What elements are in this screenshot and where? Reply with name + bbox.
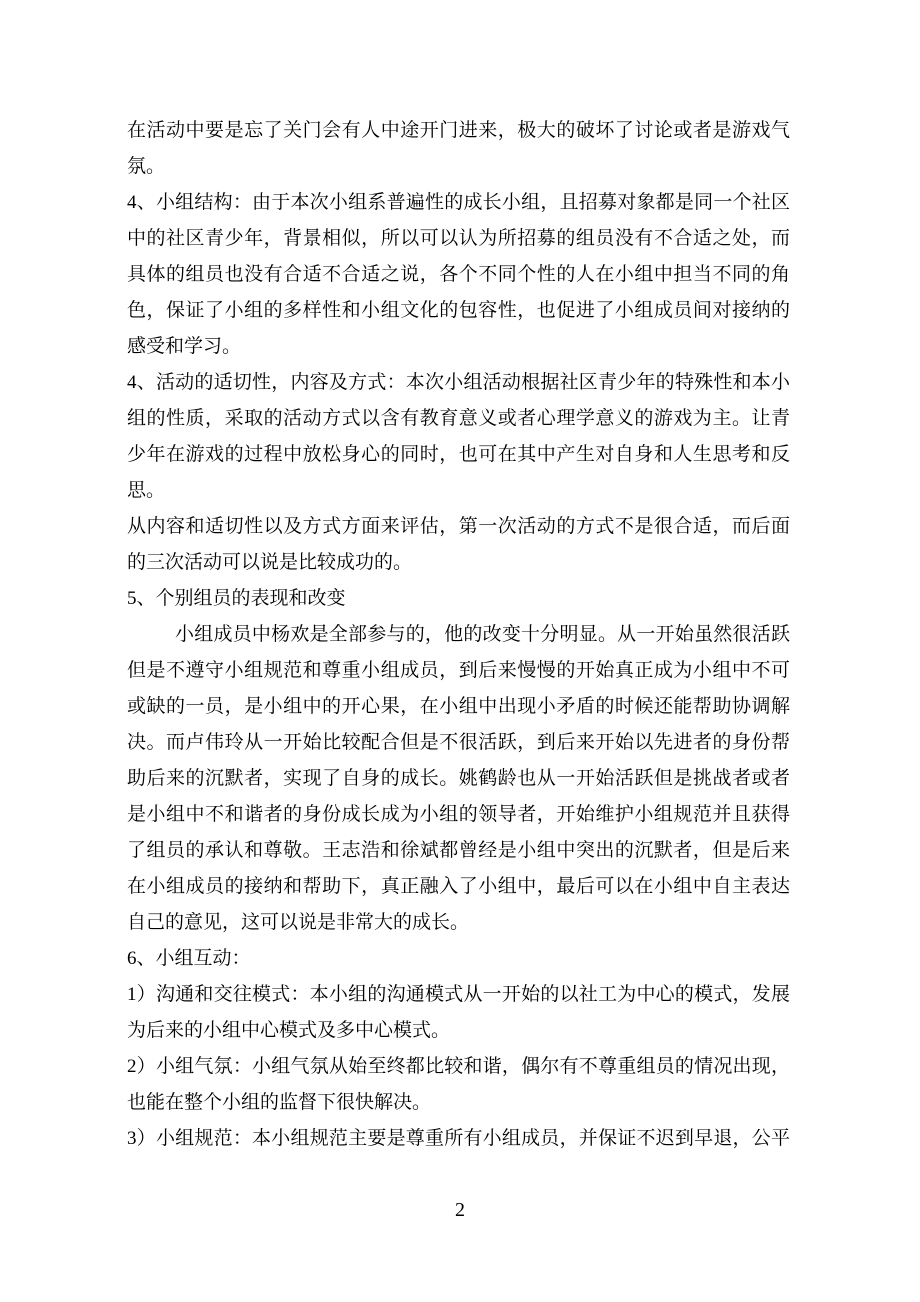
document-line: 小组成员中杨欢是全部参与的，他的改变十分明显。从一开始虽然很活跃 [127,617,790,653]
document-line: 1）沟通和交往模式：本小组的沟通模式从一开始的以社工为中心的模式，发展 [127,977,790,1013]
document-line: 或缺的一员，是小组中的开心果，在小组中出现小矛盾的时候还能帮助协调解 [127,689,790,725]
document-line: 色，保证了小组的多样性和小组文化的包容性，也促进了小组成员间对接纳的 [127,293,790,329]
document-line: 在活动中要是忘了关门会有人中途开门进来，极大的破坏了讨论或者是游戏气 [127,113,790,149]
document-line: 从内容和适切性以及方式方面来评估，第一次活动的方式不是很合适，而后面 [127,509,790,545]
text-block: 在活动中要是忘了关门会有人中途开门进来，极大的破坏了讨论或者是游戏气 氛。 4、… [127,113,790,1157]
document-line: 在小组成员的接纳和帮助下，真正融入了小组中，最后可以在小组中自主表达 [127,869,790,905]
document-line: 决。而卢伟玲从一开始比较配合但是不很活跃，到后来开始以先进者的身份帮 [127,725,790,761]
document-line: 但是不遵守小组规范和尊重小组成员，到后来慢慢的开始真正成为小组中不可 [127,653,790,689]
document-line: 是小组中不和谐者的身份成长成为小组的领导者，开始维护小组规范并且获得 [127,797,790,833]
document-line: 4、活动的适切性，内容及方式：本次小组活动根据社区青少年的特殊性和本小 [127,365,790,401]
document-line: 的三次活动可以说是比较成功的。 [127,545,790,581]
document-line: 4、小组结构：由于本次小组系普遍性的成长小组，且招募对象都是同一个社区 [127,185,790,221]
document-line: 思。 [127,473,790,509]
document-line: 少年在游戏的过程中放松身心的同时，也可在其中产生对自身和人生思考和反 [127,437,790,473]
document-line: 3）小组规范：本小组规范主要是尊重所有小组成员，并保证不迟到早退，公平 [127,1121,790,1157]
document-line: 中的社区青少年，背景相似，所以可以认为所招募的组员没有不合适之处，而 [127,221,790,257]
document-line: 也能在整个小组的监督下很快解决。 [127,1085,790,1121]
document-line: 具体的组员也没有合适不合适之说，各个不同个性的人在小组中担当不同的角 [127,257,790,293]
document-line: 组的性质，采取的活动方式以含有教育意义或者心理学意义的游戏为主。让青 [127,401,790,437]
document-line: 感受和学习。 [127,329,790,365]
document-line: 2）小组气氛：小组气氛从始至终都比较和谐，偶尔有不尊重组员的情况出现， [127,1049,790,1085]
document-line: 自己的意见，这可以说是非常大的成长。 [127,905,790,941]
page-number: 2 [0,1196,920,1224]
document-line: 5、个别组员的表现和改变 [127,581,790,617]
document-line: 了组员的承认和尊敬。王志浩和徐斌都曾经是小组中突出的沉默者，但是后来 [127,833,790,869]
document-line: 助后来的沉默者，实现了自身的成长。姚鹤龄也从一开始活跃但是挑战者或者 [127,761,790,797]
document-line: 氛。 [127,149,790,185]
document-line: 为后来的小组中心模式及多中心模式。 [127,1013,790,1049]
document-line: 6、小组互动： [127,941,790,977]
document-page: 在活动中要是忘了关门会有人中途开门进来，极大的破坏了讨论或者是游戏气 氛。 4、… [0,0,920,1302]
